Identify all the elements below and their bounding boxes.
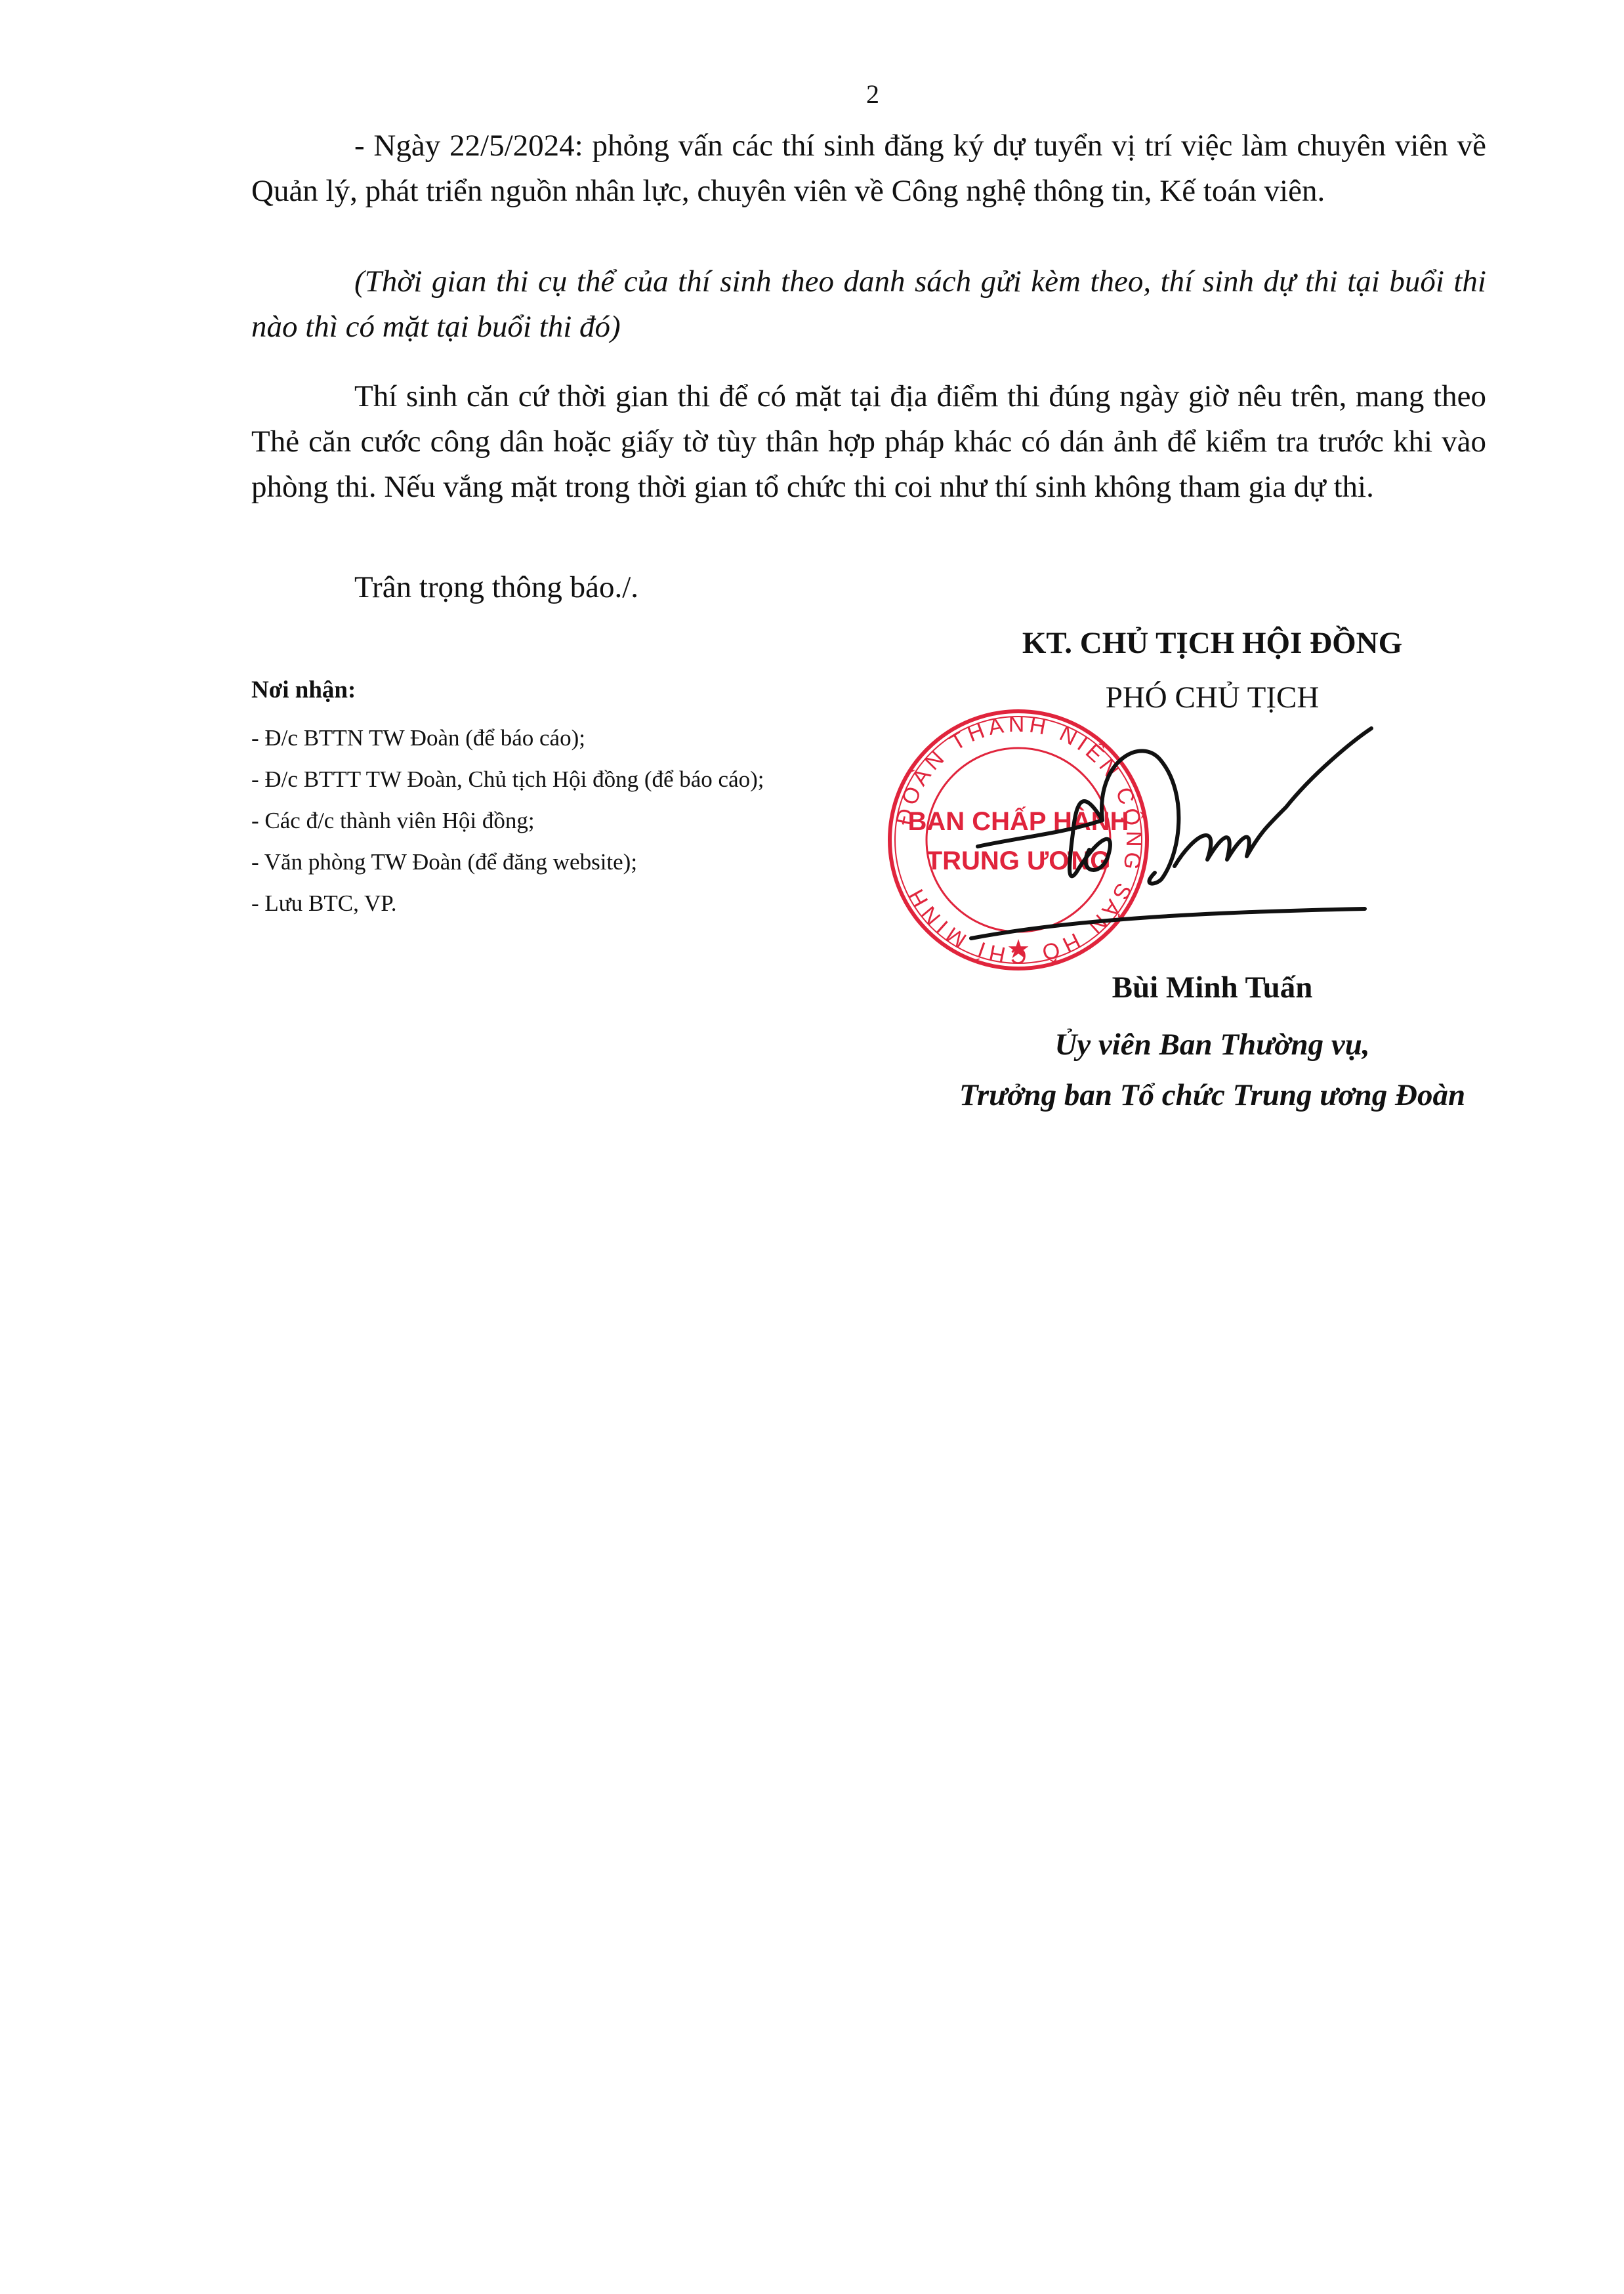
note-paragraph: (Thời gian thi cụ thể của thí sinh theo … xyxy=(251,259,1486,350)
recipient-item: - Đ/c BTTN TW Đoàn (để báo cáo); xyxy=(251,717,764,759)
recipient-item: - Các đ/c thành viên Hội đồng; xyxy=(251,800,764,841)
signer-title-line1: Ủy viên Ban Thường vụ, xyxy=(853,1027,1572,1062)
recipient-item: - Văn phòng TW Đoàn (để đăng website); xyxy=(251,841,764,883)
instruction-paragraph: Thí sinh căn cứ thời gian thi để có mặt … xyxy=(251,374,1486,510)
note-text: (Thời gian thi cụ thể của thí sinh theo … xyxy=(251,264,1486,344)
recipient-item: - Đ/c BTTT TW Đoàn, Chủ tịch Hội đồng (đ… xyxy=(251,759,764,800)
recipient-item: - Lưu BTC, VP. xyxy=(251,883,764,924)
signer-authority: KT. CHỦ TỊCH HỘI ĐỒNG xyxy=(853,625,1572,661)
interview-text: - Ngày 22/5/2024: phỏng vấn các thí sinh… xyxy=(251,129,1486,208)
interview-paragraph: - Ngày 22/5/2024: phỏng vấn các thí sinh… xyxy=(251,123,1486,214)
instruction-text: Thí sinh căn cứ thời gian thi để có mặt … xyxy=(251,379,1486,504)
recipients-title: Nơi nhận: xyxy=(251,676,356,704)
signer-title-line2: Trưởng ban Tổ chức Trung ương Đoàn xyxy=(853,1077,1572,1113)
closing-text: Trân trọng thông báo./. xyxy=(354,570,638,605)
page-number: 2 xyxy=(0,79,1624,110)
signer-name: Bùi Minh Tuấn xyxy=(853,970,1572,1005)
recipients-list: - Đ/c BTTN TW Đoàn (để báo cáo); - Đ/c B… xyxy=(251,717,764,924)
handwritten-signature-icon xyxy=(945,722,1457,958)
